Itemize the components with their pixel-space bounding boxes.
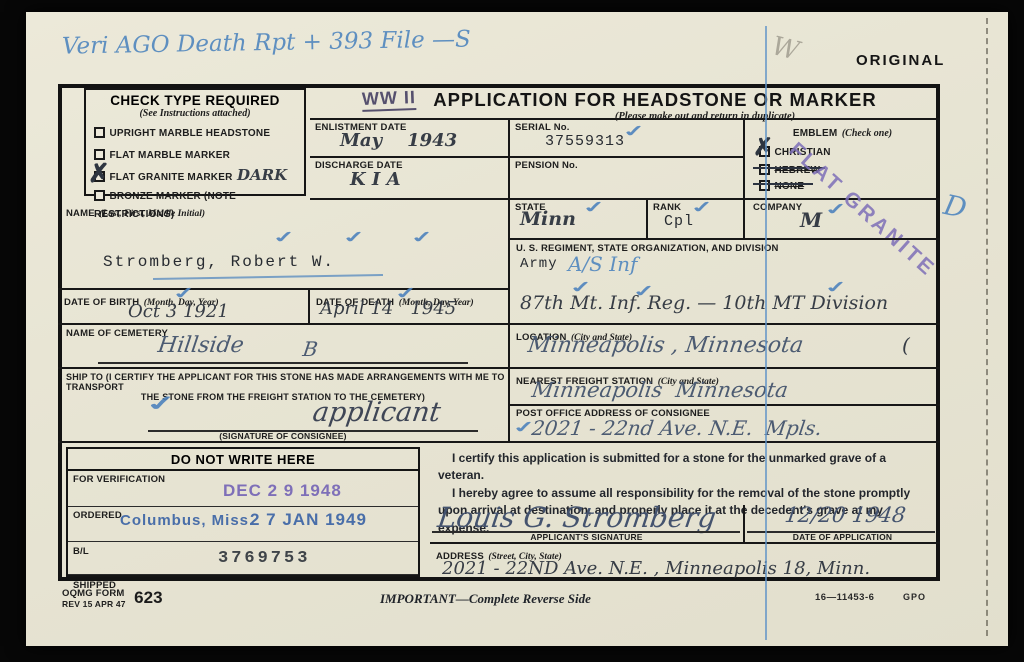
check-mark-icon: ✓ <box>142 390 180 417</box>
blue-underline <box>153 274 383 280</box>
serial-no-value: 37559313 <box>545 133 625 150</box>
state-value: Minn <box>520 208 576 230</box>
form-rev: REV 15 APR 47 <box>62 599 126 609</box>
discharge-date-label: DISCHARGE DATE <box>315 160 508 171</box>
check-mark-icon: ✓ <box>408 227 436 247</box>
check-option-label: FLAT MARBLE MARKER <box>109 150 230 161</box>
ordered-place-stamp: Columbus, Miss. <box>120 512 254 529</box>
x-mark-icon: ✗ <box>753 136 773 160</box>
scanned-form-photo: Veri AGO Death Rpt + 393 File —S W ORIGI… <box>0 0 1024 662</box>
regiment-field: U. S. REGIMENT, STATE ORGANIZATION, AND … <box>510 240 940 325</box>
check-option-label: UPRIGHT MARBLE HEADSTONE <box>109 128 270 139</box>
name-value: Stromberg, Robert W. <box>103 253 335 271</box>
freight-value: Minneapolis Minnesota <box>530 378 789 402</box>
check-option-flat-granite: FLAT GRANITE MARKER DARK <box>94 166 287 185</box>
check-option-upright: UPRIGHT MARBLE HEADSTONE <box>94 123 270 141</box>
x-mark-icon: ✗ <box>88 160 110 186</box>
print-code: 16—11453-6 <box>815 592 874 603</box>
bl-row: B/L 3769753 <box>68 546 418 575</box>
check-mark-icon: ✓ <box>170 283 198 303</box>
check-mark-icon: ✓ <box>270 227 298 247</box>
cemetery-value: Hillside <box>156 333 245 358</box>
check-mark-icon: ✓ <box>340 227 368 247</box>
date-of-application-value: 12/20 1948 <box>783 503 907 527</box>
dob-value: Oct 3 1921 <box>128 301 229 322</box>
certification-line-1: I certify this application is submitted … <box>438 450 934 485</box>
enlistment-date-field: ENLISTMENT DATE May 1943 <box>310 120 510 158</box>
check-option-flat-marble: FLAT MARBLE MARKER <box>94 145 230 163</box>
rank-field: RANK Cpl ✓ <box>648 200 745 240</box>
granite-dark-note: DARK <box>237 166 287 184</box>
address-value: 2021 - 22ND Ave. N.E. , Minneapolis 18, … <box>442 558 870 579</box>
discharge-date-field: DISCHARGE DATE K I A <box>310 158 510 200</box>
verification-row: FOR VERIFICATION DEC 2 9 1948 <box>68 474 418 507</box>
serial-no-field: SERIAL No. 37559313 ✓ <box>510 120 745 158</box>
post-office-field: POST OFFICE ADDRESS OF CONSIGNEE ✓ 2021 … <box>510 406 940 443</box>
regiment-branch-handwriting: A/S Inf <box>568 252 637 276</box>
cemetery-label: NAME OF CEMETERY <box>66 328 508 339</box>
checkbox-icon <box>94 127 105 138</box>
consignee-signature-value: applicant <box>311 397 443 428</box>
perforation-edge <box>986 18 988 636</box>
form-number-block: OQMG FORM REV 15 APR 47 623 <box>62 588 163 609</box>
do-not-write-title: DO NOT WRITE HERE <box>68 449 418 471</box>
rank-value: Cpl <box>664 213 694 230</box>
date-of-application-field: 12/20 1948 DATE OF APPLICATION <box>745 505 940 542</box>
date-of-death-field: DATE OF DEATH (Month, Day, Year) ✓ April… <box>310 290 510 325</box>
regiment-unit-handwriting: 87th Mt. Inf. Reg. — 10th MT Division <box>520 292 888 314</box>
pension-no-label: PENSION No. <box>515 160 743 171</box>
form-number: 623 <box>134 588 162 608</box>
ww2-stamp: WW II <box>362 87 417 112</box>
emblem-header: EMBLEM (Check one) <box>745 123 940 141</box>
date-of-birth-field: DATE OF BIRTH (Month, Day, Year) ✓ Oct 3… <box>58 290 310 325</box>
check-type-subtitle: (See Instructions attached) <box>86 108 304 119</box>
discharge-date-value: K I A <box>350 169 401 190</box>
post-office-value: 2021 - 22nd Ave. N.E. Mpls. <box>530 416 823 440</box>
cemetery-value-2: B <box>301 337 319 361</box>
form-header: WW II APPLICATION FOR HEADSTONE OR MARKE… <box>310 84 940 120</box>
ordered-date-stamp: 2 7 JAN 1949 <box>250 510 367 530</box>
state-field: STATE Minn ✓ <box>510 200 648 240</box>
check-mark-icon: ✓ <box>688 197 716 217</box>
check-option-label: FLAT GRANITE MARKER <box>109 172 232 183</box>
check-mark-icon: ✓ <box>822 199 850 219</box>
location-field: LOCATION (City and State) Minneapolis , … <box>510 325 940 369</box>
bl-number-stamp: 3769753 <box>218 549 310 568</box>
company-value: M <box>800 208 822 232</box>
check-mark-icon: ✓ <box>580 197 608 217</box>
date-of-application-label: DATE OF APPLICATION <box>745 532 940 542</box>
check-type-box: CHECK TYPE REQUIRED (See Instructions at… <box>84 88 306 196</box>
regiment-typed-value: Army <box>520 256 558 272</box>
dod-value: April 14 1945 <box>320 298 456 319</box>
name-label: NAME <box>66 208 95 219</box>
applicant-signature-label: APPLICANT'S SIGNATURE <box>430 532 743 542</box>
form-name: OQMG FORM <box>62 588 126 599</box>
applicant-signature-value: Louis G. Stromberg <box>436 501 719 534</box>
gpo-label: GPO <box>903 592 926 602</box>
pension-no-field: PENSION No. <box>510 158 745 200</box>
name-field: NAME (Last, First, Middle Initial) ✓ ✓ ✓… <box>58 200 510 290</box>
blue-vertical-line <box>765 26 767 640</box>
company-field: COMPANY M ✓ <box>745 200 940 240</box>
strike-line <box>753 183 813 185</box>
do-not-write-box: DO NOT WRITE HERE FOR VERIFICATION DEC 2… <box>66 447 420 577</box>
enlistment-date-value: May 1943 <box>340 130 457 151</box>
ship-to-field: SHIP TO (I CERTIFY THE APPLICANT FOR THI… <box>58 369 510 443</box>
name-label-note: (Last, First, Middle Initial) <box>99 209 205 219</box>
applicant-signature-field: Louis G. Stromberg APPLICANT'S SIGNATURE <box>430 505 745 542</box>
consignee-label: (SIGNATURE OF CONSIGNEE) <box>58 431 508 441</box>
original-label: ORIGINAL <box>856 52 945 69</box>
check-mark-icon: ✓ <box>620 121 648 141</box>
ordered-row: ORDERED Columbus, Miss. 2 7 JAN 1949 <box>68 510 418 542</box>
freight-station-field: NEAREST FREIGHT STATION (City and State)… <box>510 369 940 406</box>
address-field: ADDRESS (Street, City, State) 2021 - 22N… <box>430 542 940 581</box>
cemetery-field: NAME OF CEMETERY Hillside B <box>58 325 510 369</box>
location-value: Minneapolis , Minnesota <box>526 333 805 358</box>
emblem-note: (Check one) <box>842 128 892 139</box>
verification-date-stamp: DEC 2 9 1948 <box>223 481 342 501</box>
rule-line <box>98 362 468 364</box>
important-note: IMPORTANT—Complete Reverse Side <box>380 591 591 607</box>
ship-to-label: SHIP TO (I CERTIFY THE APPLICANT FOR THI… <box>66 372 508 392</box>
location-paren-mark: ( <box>902 333 910 357</box>
check-type-title: CHECK TYPE REQUIRED <box>86 93 304 108</box>
